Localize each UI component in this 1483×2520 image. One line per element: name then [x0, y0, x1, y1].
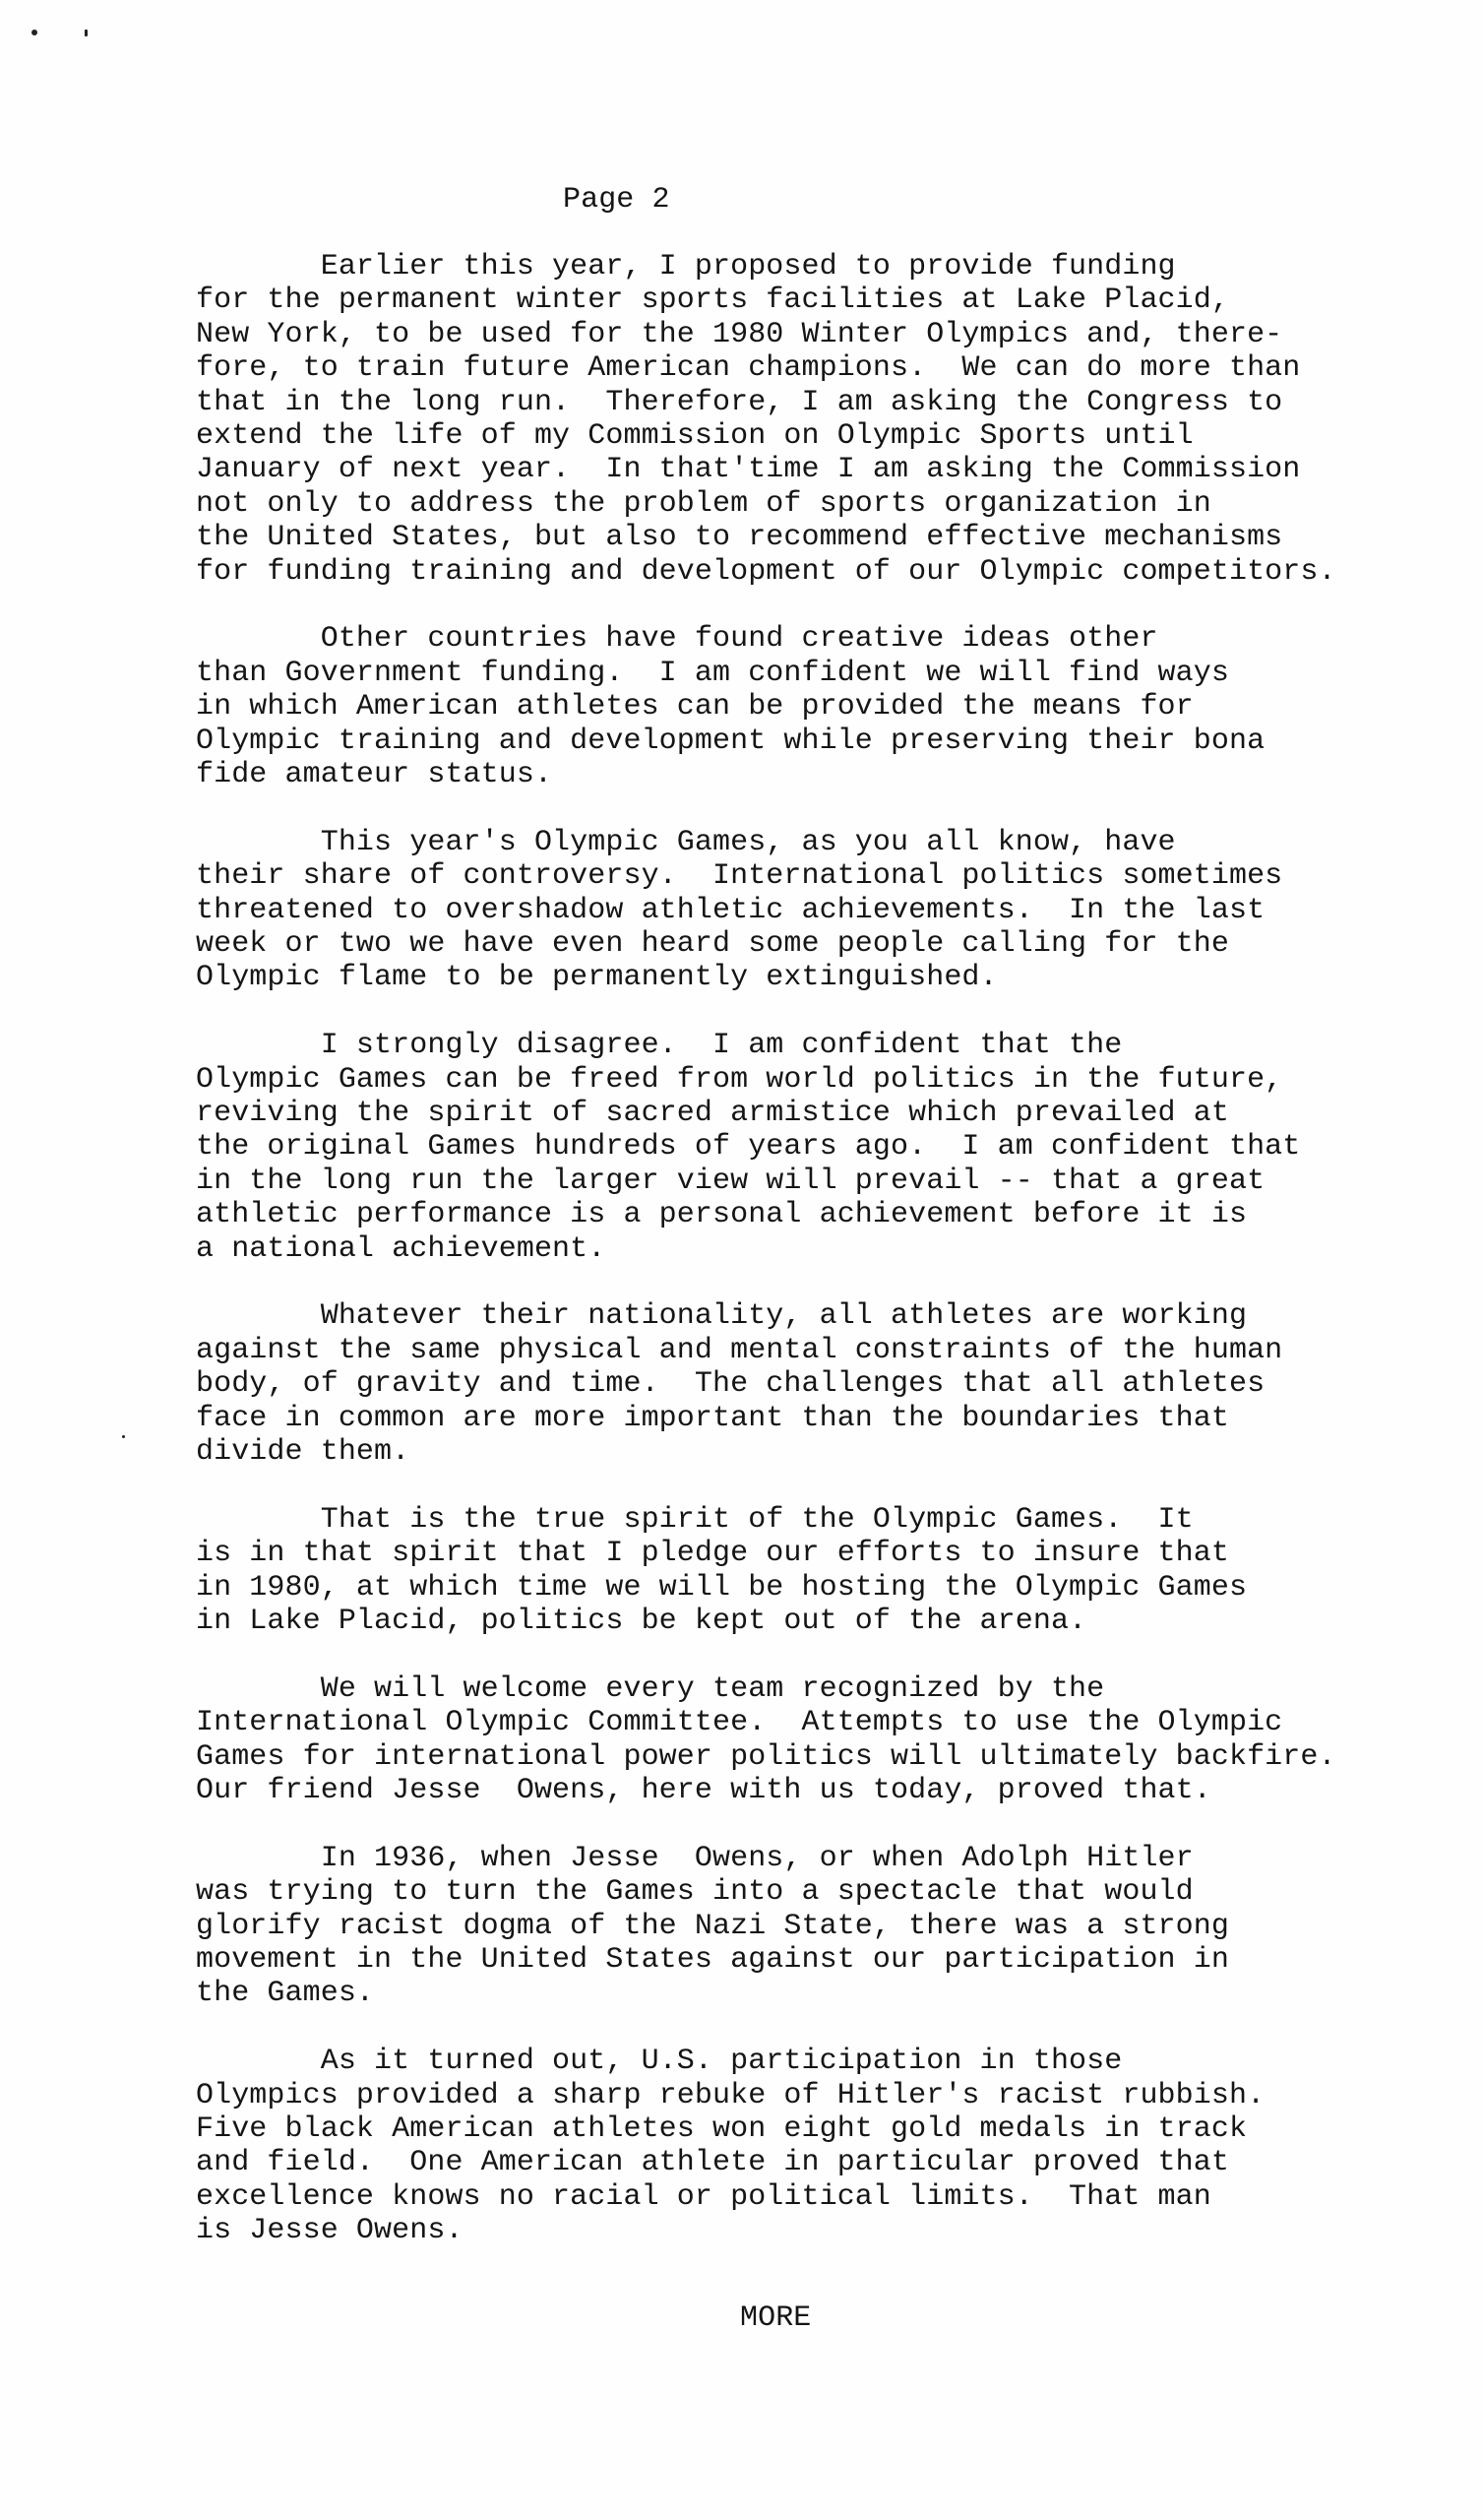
text-line: Olympics provided a sharp rebuke of Hitl…	[196, 2081, 1265, 2110]
text-line: fide amateur status.	[196, 760, 552, 789]
text-line: face in common are more important than t…	[196, 1404, 1229, 1433]
text-line: divide them.	[196, 1437, 409, 1467]
scan-speck	[122, 1435, 125, 1438]
text-line: than Government funding. I am confident …	[196, 659, 1229, 688]
scan-speck	[31, 30, 37, 35]
text-line: Other countries have found creative idea…	[196, 624, 1158, 654]
text-line: That is the true spirit of the Olympic G…	[196, 1505, 1194, 1535]
text-line: We will welcome every team recognized by…	[196, 1674, 1104, 1704]
text-line: New York, to be used for the 1980 Winter…	[196, 320, 1282, 349]
text-line: excellence knows no racial or political …	[196, 2182, 1211, 2212]
text-line: against the same physical and mental con…	[196, 1336, 1282, 1365]
text-line: the original Games hundreds of years ago…	[196, 1132, 1300, 1162]
text-line: in Lake Placid, politics be kept out of …	[196, 1606, 1086, 1636]
text-line: Our friend Jesse Owens, here with us tod…	[196, 1776, 1211, 1805]
text-line: fore, to train future American champions…	[196, 353, 1300, 383]
text-line: and field. One American athlete in parti…	[196, 2148, 1229, 2177]
text-line: Olympic training and development while p…	[196, 726, 1265, 756]
text-line: week or two we have even heard some peop…	[196, 929, 1229, 959]
text-line: is in that spirit that I pledge our effo…	[196, 1539, 1229, 1568]
text-line: their share of controversy. Internationa…	[196, 861, 1282, 891]
text-line: Olympic Games can be freed from world po…	[196, 1065, 1282, 1095]
continuation-marker: MORE	[740, 2303, 811, 2333]
text-line: a national achievement.	[196, 1234, 605, 1264]
text-line: was trying to turn the Games into a spec…	[196, 1877, 1194, 1907]
text-line: athletic performance is a personal achie…	[196, 1200, 1247, 1229]
text-line: in which American athletes can be provid…	[196, 692, 1194, 722]
text-line: Five black American athletes won eight g…	[196, 2114, 1247, 2144]
text-line: for the permanent winter sports faciliti…	[196, 285, 1229, 315]
text-line: for funding training and development of …	[196, 557, 1336, 587]
text-line: the Games.	[196, 1979, 374, 2008]
text-line: Whatever their nationality, all athletes…	[196, 1301, 1247, 1331]
text-line: Olympic flame to be permanently extingui…	[196, 963, 998, 992]
text-line: As it turned out, U.S. participation in …	[196, 2047, 1122, 2076]
text-line: I strongly disagree. I am confident that…	[196, 1031, 1122, 1060]
text-line: glorify racist dogma of the Nazi State, …	[196, 1912, 1229, 1941]
page-number: Page 2	[563, 185, 670, 215]
text-line: extend the life of my Commission on Olym…	[196, 421, 1194, 451]
text-line: movement in the United States against ou…	[196, 1945, 1229, 1975]
text-line: Games for international power politics w…	[196, 1742, 1336, 1772]
text-line: not only to address the problem of sport…	[196, 489, 1211, 519]
text-line: In 1936, when Jesse Owens, or when Adolp…	[196, 1844, 1194, 1873]
text-line: body, of gravity and time. The challenge…	[196, 1369, 1265, 1399]
scan-speck	[85, 30, 88, 36]
text-line: reviving the spirit of sacred armistice …	[196, 1099, 1229, 1128]
document-page: Page 2 Earlier this year, I proposed to …	[0, 0, 1483, 2520]
text-line: International Olympic Committee. Attempt…	[196, 1708, 1282, 1737]
text-line: in the long run the larger view will pre…	[196, 1166, 1265, 1196]
text-line: in 1980, at which time we will be hostin…	[196, 1573, 1247, 1603]
text-line: that in the long run. Therefore, I am as…	[196, 388, 1282, 417]
text-line: threatened to overshadow athletic achiev…	[196, 896, 1265, 925]
text-line: This year's Olympic Games, as you all kn…	[196, 828, 1176, 857]
text-line: Earlier this year, I proposed to provide…	[196, 252, 1176, 282]
text-line: the United States, but also to recommend…	[196, 523, 1282, 552]
text-line: January of next year. In that'time I am …	[196, 455, 1300, 484]
text-line: is Jesse Owens.	[196, 2216, 463, 2245]
